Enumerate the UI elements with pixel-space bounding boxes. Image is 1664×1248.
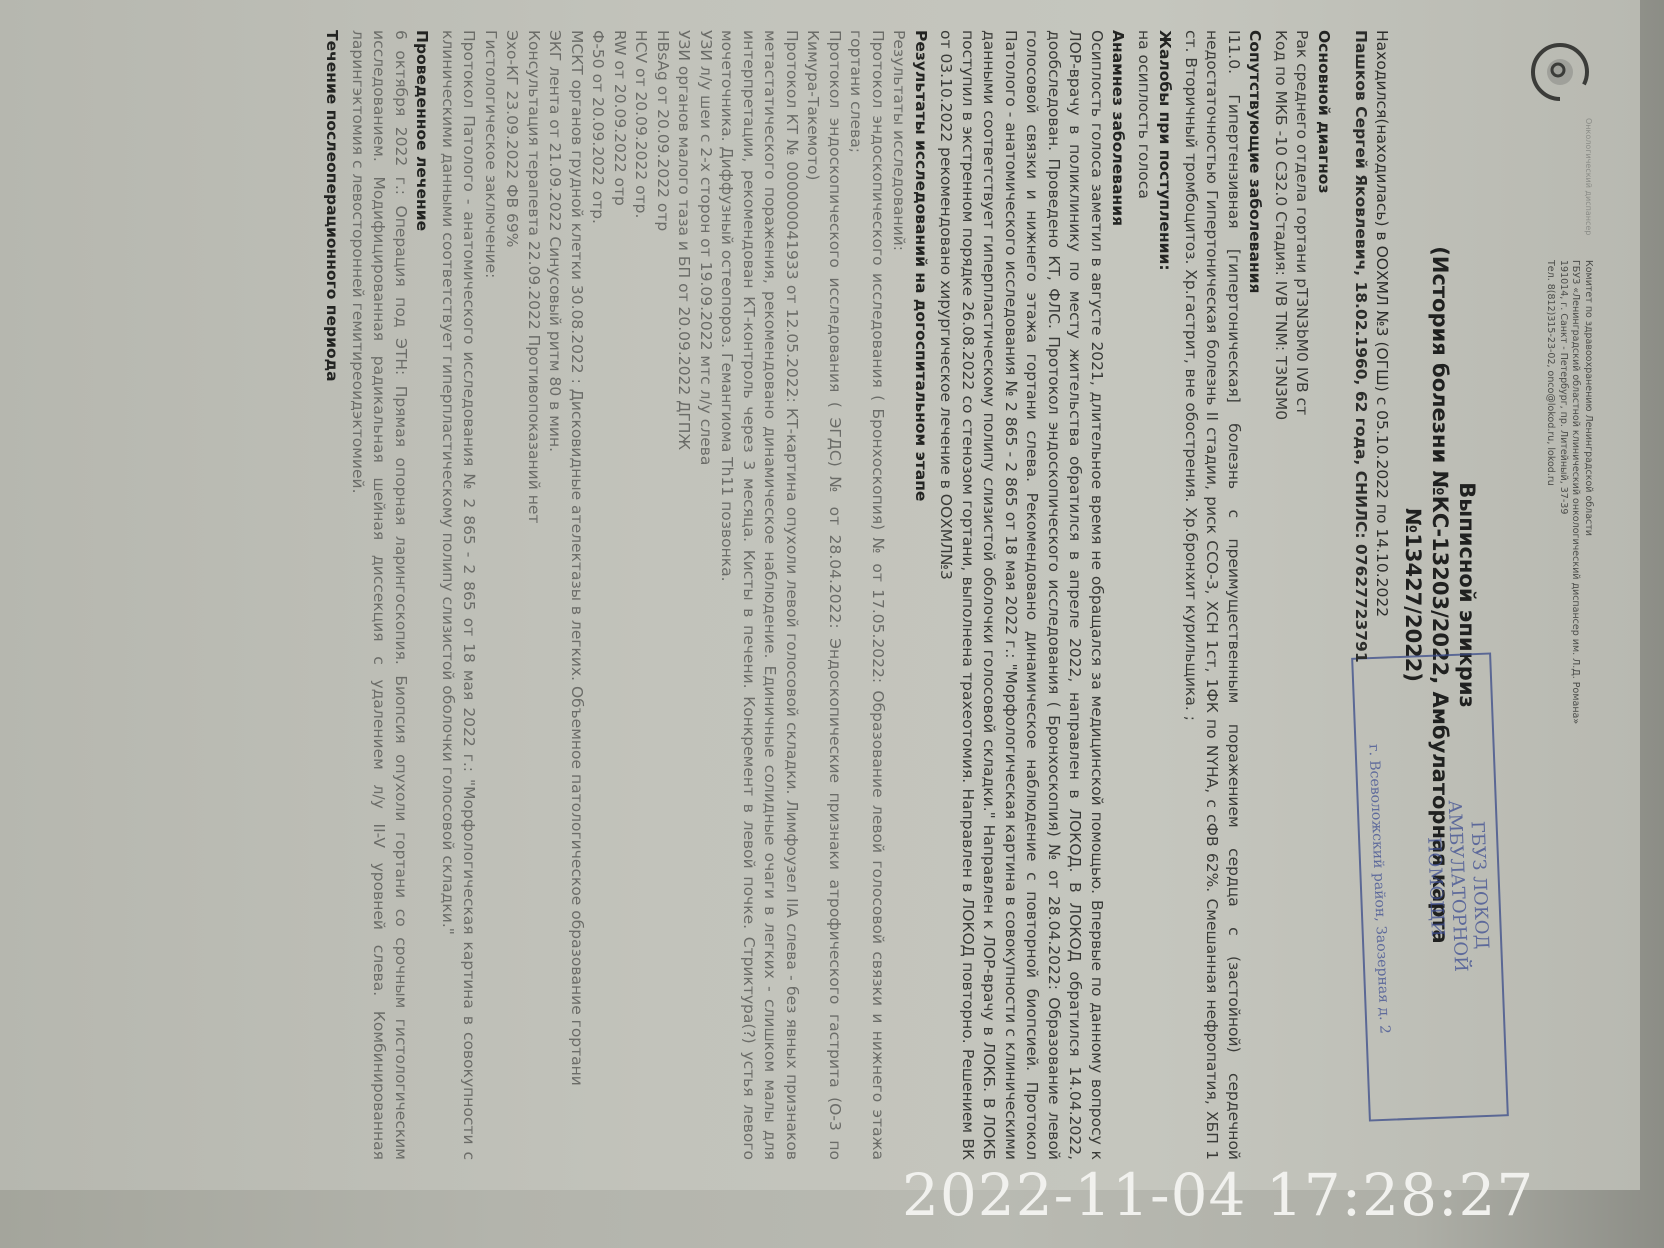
section-text: ЭКГ лента от 21.09.2022 Синусовый ритм 8… bbox=[544, 30, 566, 1160]
section-heading: Течение послеоперационного периода bbox=[321, 30, 343, 1160]
section-heading: Проведенное лечение bbox=[411, 30, 433, 1160]
section-heading: Анамнез заболевания bbox=[1107, 30, 1129, 1160]
section: Течение послеоперационного периода bbox=[321, 30, 343, 1160]
section: Анамнез заболеванияОсиплость голоса заме… bbox=[935, 30, 1129, 1160]
section: Основной диагнозРак среднего отдела горт… bbox=[1270, 30, 1335, 1160]
section-text: Протокол эндоскопического исследования (… bbox=[802, 30, 845, 1160]
section-text: Рак среднего отдела гортани рT3N3bM0 IVB… bbox=[1291, 30, 1313, 1160]
org-line: Тел. 8(812)315-23-02, onco@lokod.ru, lok… bbox=[1544, 260, 1557, 880]
section-text: Эхо-КГ 23.09.2022 ФВ 69% bbox=[501, 30, 523, 1160]
section-text: HCV от 20.09.2022 отр. bbox=[630, 30, 652, 1160]
patient-info: Пашков Сергей Яковлевич, 18.02.1960, 62 … bbox=[1350, 30, 1371, 1160]
logo-caption: Онкологический диспансер bbox=[1583, 118, 1594, 238]
document-body: Основной диагнозРак среднего отдела горт… bbox=[321, 30, 1338, 1160]
section: Проведенное лечение6 октября 2022 г.: Оп… bbox=[347, 30, 433, 1160]
org-line: Комитет по здравоохранению Ленинградской… bbox=[1582, 260, 1595, 880]
section-text: Протокол эндоскопического исследования (… bbox=[845, 30, 888, 1160]
clinic-logo-icon bbox=[1528, 40, 1592, 104]
section: Жалобы при поступлении:на осиплость голо… bbox=[1133, 30, 1176, 1160]
stay-period: Находился(находилась) в ООХМЛ №3 (ОГШ) с… bbox=[1371, 30, 1392, 1160]
section-text: Консультация терапевта 22.09.2022 Против… bbox=[523, 30, 545, 1160]
photo-timestamp: 2022-11-04 17:28:27 bbox=[902, 1160, 1534, 1230]
section-heading: Жалобы при поступлении: bbox=[1154, 30, 1176, 1160]
organization-details: Комитет по здравоохранению Ленинградской… bbox=[1544, 260, 1594, 880]
section-text: I11.0. Гипертензивная [гипертоническая] … bbox=[1180, 30, 1245, 1160]
section-text: Осиплость голоса заметил в августе 2021,… bbox=[935, 30, 1107, 1160]
section-text: Код по МКБ -10 С32.0 Стадия: IVB TNM: T3… bbox=[1270, 30, 1292, 1160]
section-text: на осиплость голоса bbox=[1133, 30, 1155, 1160]
discharge-summary-page: Онкологический диспансер Комитет по здра… bbox=[40, 30, 1600, 1160]
section: Результаты исследований на догоспитально… bbox=[437, 30, 932, 1160]
section-heading: Результаты исследований на догоспитально… bbox=[910, 30, 932, 1160]
section-heading: Сопутствующие заболевания bbox=[1244, 30, 1266, 1160]
section-text: Ф-50 от 20.09.2022 отр. bbox=[587, 30, 609, 1160]
section-text: УЗИ л/у шеи с 2-х сторон от 19.09.2022 м… bbox=[695, 30, 717, 1160]
section-text: HBsAg от 20.09.2022 отр bbox=[652, 30, 674, 1160]
section-text: Результаты исследований: bbox=[888, 30, 910, 1160]
section-text: Протокол Патолого - анатомического иссле… bbox=[437, 30, 480, 1160]
section-text: УЗИ органов малого таза и БП от 20.09.20… bbox=[673, 30, 695, 1160]
section-text: Гистологическое заключение: bbox=[480, 30, 502, 1160]
org-line: ГБУЗ «Ленинградский областной клинически… bbox=[1569, 260, 1582, 880]
section-text: 6 октября 2022 г.: Операция под ЭТН: Пря… bbox=[347, 30, 412, 1160]
admission-info: Находился(находилась) в ООХМЛ №3 (ОГШ) с… bbox=[1350, 30, 1392, 1160]
section-heading: Основной диагноз bbox=[1313, 30, 1335, 1160]
org-line: 191014, г. Санкт - Петербург, пр. Литейн… bbox=[1557, 260, 1570, 880]
section-text: Протокол КТ № 000000041933 от 12.05.2022… bbox=[716, 30, 802, 1160]
section-text: RW от 20.09.2022 отр bbox=[609, 30, 631, 1160]
section-text: МСКТ органов грудной клетки 30.08.2022 :… bbox=[566, 30, 588, 1160]
section: Сопутствующие заболеванияI11.0. Гипертен… bbox=[1180, 30, 1266, 1160]
letterhead: Онкологический диспансер Комитет по здра… bbox=[1490, 30, 1600, 1160]
